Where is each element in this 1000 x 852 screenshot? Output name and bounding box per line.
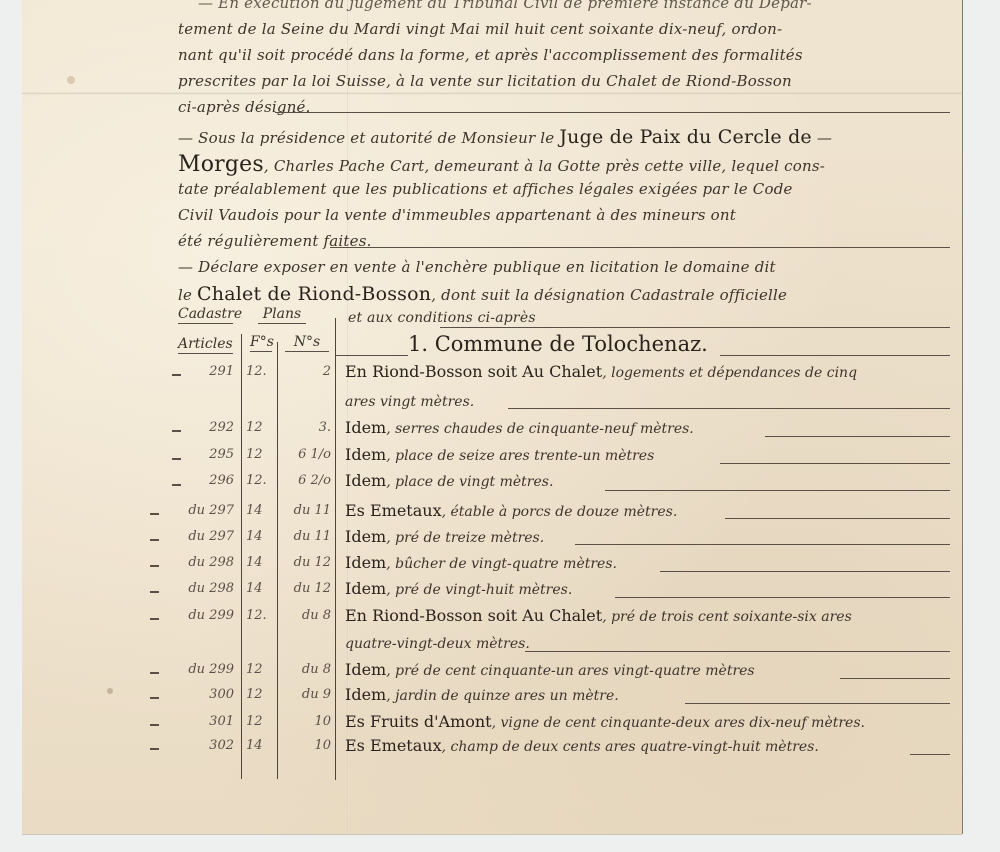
row-folio: 12 — [246, 687, 274, 702]
row-place: En Riond-Bosson soit Au Chalet — [345, 362, 602, 381]
row-dash — [150, 513, 159, 515]
row-dash — [150, 672, 159, 674]
row-numero: du 12 — [281, 555, 331, 570]
row-desc: , pré de cent cinquante-un ares vingt-qu… — [386, 663, 754, 679]
row-numero: 6 2/o — [281, 473, 331, 488]
row-description: Es Fruits d'Amont, vigne de cent cinquan… — [345, 712, 865, 731]
estate-name: Chalet de Riond-Bosson — [197, 283, 431, 305]
row-description: Es Emetaux, champ de deux cents ares qua… — [345, 736, 819, 755]
row-dash — [150, 591, 159, 593]
row-desc: , logements et dépendances de cinq — [602, 365, 857, 381]
fill-line — [330, 247, 950, 248]
row-folio: 14 — [246, 555, 274, 570]
row-desc: , serres chaudes de cinquante-neuf mètre… — [386, 421, 694, 437]
row-article: 300 — [172, 687, 234, 702]
row-article: 296 — [172, 473, 234, 488]
paragraph-2-line-3: tate préalablement que les publications … — [178, 180, 793, 198]
row-desc: , pré de vingt-huit mètres. — [386, 582, 572, 598]
row-description: Idem, bûcher de vingt-quatre mètres. — [345, 553, 617, 572]
row-place: Idem — [345, 445, 386, 464]
row-folio: 14 — [246, 529, 274, 544]
row-place: Idem — [345, 685, 386, 704]
row-numero: du 8 — [281, 608, 331, 623]
paragraph-3-line-2: le Chalet de Riond-Bosson, dont suit la … — [178, 283, 787, 305]
section-title-commune: 1. Commune de Tolochenaz. — [408, 332, 708, 356]
row-place: Es Emetaux — [345, 736, 442, 755]
fill-line — [685, 703, 950, 704]
row-desc: , pré de trois cent soixante-six ares — [602, 609, 852, 625]
header-plans: Plans — [258, 306, 306, 324]
row-desc: , jardin de quinze ares un mètre. — [386, 688, 619, 704]
judge-title: Juge de Paix du Cercle de — [559, 126, 812, 148]
row-desc: , vigne de cent cinquante-deux ares dix-… — [492, 715, 865, 731]
text: — Sous la présidence et autorité de Mons… — [178, 129, 559, 147]
fill-line — [525, 651, 950, 652]
fill-line — [840, 678, 950, 679]
row-numero: du 12 — [281, 581, 331, 596]
fill-line — [440, 327, 950, 328]
paper-stain — [67, 76, 75, 84]
row-folio: 12 — [246, 420, 274, 435]
paragraph-1-line-1: — En exécution du jugement du Tribunal C… — [198, 0, 812, 12]
row-dash — [150, 724, 159, 726]
row-article: du 299 — [172, 662, 234, 677]
paragraph-1-line-5: ci-après désigné. — [178, 98, 311, 116]
fill-line — [910, 754, 950, 755]
fill-line — [615, 597, 950, 598]
row-folio: 12 — [246, 662, 274, 677]
row-place: Idem — [345, 553, 386, 572]
row-folio: 12. — [246, 608, 274, 623]
header-cadastre: Cadastre — [178, 306, 233, 324]
paper-hole — [107, 688, 113, 694]
row-numero: du 11 — [281, 529, 331, 544]
row-place: Idem — [345, 660, 386, 679]
fill-line — [720, 463, 950, 464]
row-description: Es Emetaux, étable à porcs de douze mètr… — [345, 501, 677, 520]
row-numero: du 11 — [281, 503, 331, 518]
row-description-cont: ares vingt mètres. — [345, 394, 474, 410]
fill-line — [336, 355, 408, 356]
row-article: du 297 — [172, 503, 234, 518]
row-article: du 298 — [172, 555, 234, 570]
row-description: En Riond-Bosson soit Au Chalet, logement… — [345, 362, 857, 381]
column-divider-folios — [277, 342, 278, 779]
header-articles: Articles — [178, 336, 233, 354]
paper-fold-horizontal — [22, 92, 962, 95]
row-place: En Riond-Bosson soit Au Chalet — [345, 606, 602, 625]
row-numero: 2 — [281, 364, 331, 379]
row-description: Idem, jardin de quinze ares un mètre. — [345, 685, 619, 704]
fill-line — [575, 544, 950, 545]
header-folios: F°s — [250, 334, 272, 352]
row-desc: , champ de deux cents ares quatre-vingt-… — [442, 739, 819, 755]
row-dash — [150, 748, 159, 750]
row-article: du 298 — [172, 581, 234, 596]
row-desc: , place de vingt mètres. — [386, 474, 553, 490]
row-folio: 12 — [246, 714, 274, 729]
paragraph-2-line-2: Morges, Charles Pache Cart, demeurant à … — [178, 152, 825, 177]
paragraph-1-line-3: nant qu'il soit procédé dans la forme, e… — [178, 46, 803, 64]
paragraph-2-line-4: Civil Vaudois pour la vente d'immeubles … — [178, 206, 736, 224]
row-article: 301 — [172, 714, 234, 729]
column-divider-numeros — [335, 318, 336, 780]
row-place: Idem — [345, 471, 386, 490]
fill-line — [725, 518, 950, 519]
row-numero: 3. — [281, 420, 331, 435]
row-description: Idem, pré de treize mètres. — [345, 527, 544, 546]
row-description: Idem, place de vingt mètres. — [345, 471, 553, 490]
row-numero: du 9 — [281, 687, 331, 702]
row-article: 292 — [172, 420, 234, 435]
row-desc: , place de seize ares trente-un mètres — [386, 448, 654, 464]
paragraph-2-line-1: — Sous la présidence et autorité de Mons… — [178, 126, 832, 148]
row-description: Idem, place de seize ares trente-un mètr… — [345, 445, 654, 464]
row-desc: , bûcher de vingt-quatre mètres. — [386, 556, 617, 572]
header-numeros: N°s — [285, 334, 329, 352]
row-article: 295 — [172, 447, 234, 462]
row-folio: 12 — [246, 447, 274, 462]
row-place: Es Fruits d'Amont — [345, 712, 492, 731]
row-numero: 6 1/o — [281, 447, 331, 462]
paragraph-3-line-1: — Déclare exposer en vente à l'enchère p… — [178, 258, 776, 276]
row-dash — [150, 697, 159, 699]
row-folio: 14 — [246, 738, 274, 753]
row-desc: , étable à porcs de douze mètres. — [442, 504, 678, 520]
row-description: Idem, serres chaudes de cinquante-neuf m… — [345, 418, 694, 437]
row-folio: 12. — [246, 364, 274, 379]
row-description: Idem, pré de cent cinquante-un ares ving… — [345, 660, 755, 679]
row-dash — [150, 618, 159, 620]
row-place: Idem — [345, 527, 386, 546]
row-description-cont: quatre-vingt-deux mètres. — [345, 636, 530, 652]
fill-line — [508, 408, 950, 409]
row-folio: 14 — [246, 503, 274, 518]
row-numero: du 8 — [281, 662, 331, 677]
row-place: Idem — [345, 418, 386, 437]
fill-line — [605, 490, 950, 491]
row-place: Es Emetaux — [345, 501, 442, 520]
text: , dont suit la désignation Cadastrale of… — [431, 286, 787, 304]
fill-line — [720, 355, 950, 356]
fill-line — [660, 571, 950, 572]
row-folio: 12. — [246, 473, 274, 488]
column-divider-articles — [241, 334, 242, 779]
row-description: Idem, pré de vingt-huit mètres. — [345, 579, 572, 598]
row-numero: 10 — [281, 714, 331, 729]
fill-line — [275, 112, 950, 113]
row-dash — [150, 539, 159, 541]
text: — — [812, 129, 832, 147]
row-article: du 299 — [172, 608, 234, 623]
row-place: Idem — [345, 579, 386, 598]
place-morges: Morges — [178, 152, 264, 177]
row-desc: , pré de treize mètres. — [386, 530, 544, 546]
row-dash — [150, 565, 159, 567]
row-article: 302 — [172, 738, 234, 753]
row-article: 291 — [172, 364, 234, 379]
paragraph-3-line-3: et aux conditions ci-après — [348, 310, 536, 326]
row-article: du 297 — [172, 529, 234, 544]
text: le — [178, 286, 197, 304]
row-folio: 14 — [246, 581, 274, 596]
text: , Charles Pache Cart, demeurant à la Got… — [264, 157, 825, 175]
row-numero: 10 — [281, 738, 331, 753]
row-description: En Riond-Bosson soit Au Chalet, pré de t… — [345, 606, 852, 625]
paragraph-1-line-2: tement de la Seine du Mardi vingt Mai mi… — [178, 20, 782, 38]
paragraph-1-line-4: prescrites par la loi Suisse, à la vente… — [178, 72, 792, 90]
fill-line — [765, 436, 950, 437]
